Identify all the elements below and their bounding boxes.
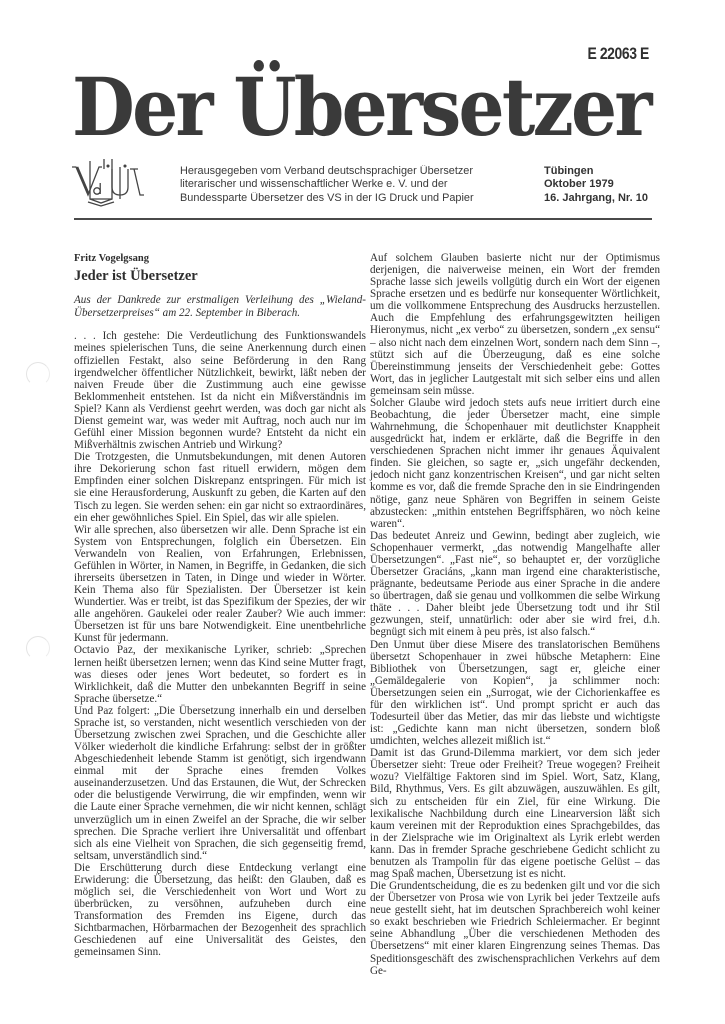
issue-date: Oktober 1979 <box>544 178 674 191</box>
paragraph: Damit ist das Grund-Dilemma markiert, vo… <box>370 747 660 880</box>
paragraph: Die Erschütterung durch diese Entdeckung… <box>74 862 366 959</box>
article-author: Fritz Vogelgsang <box>74 252 366 265</box>
punch-hole-mark <box>26 636 50 660</box>
issue-place: Tübingen <box>544 165 674 178</box>
paragraph: Den Unmut über diese Misere des translat… <box>370 639 660 748</box>
header-divider <box>74 218 652 220</box>
issue-info: Tübingen Oktober 1979 16. Jahrgang, Nr. … <box>544 165 674 205</box>
issue-volume: 16. Jahrgang, Nr. 10 <box>544 192 674 205</box>
paragraph: . . . Ich gestehe: Die Verdeutlichung de… <box>74 330 366 451</box>
article-column-left: Fritz Vogelgsang Jeder ist Übersetzer Au… <box>74 252 366 958</box>
paragraph: Octavio Paz, der mexikanische Lyriker, s… <box>74 644 366 704</box>
paragraph: Und Paz folgert: „Die Übersetzung innerh… <box>74 705 366 862</box>
paragraph: Die Grundentscheidung, die es zu bedenke… <box>370 880 660 977</box>
article-intro: Aus der Dankrede zur erstmaligen Verleih… <box>74 294 366 320</box>
paragraph: Die Trotzgesten, die Unmutsbekundungen, … <box>74 451 366 523</box>
punch-hole-mark <box>26 362 50 386</box>
article-column-right: Auf solchem Glauben basierte nicht nur d… <box>370 252 660 977</box>
paragraph: Das bedeutet Anreiz und Gewinn, bedingt … <box>370 530 660 639</box>
article-title: Jeder ist Übersetzer <box>74 267 366 285</box>
publisher-line: Bundessparte Übersetzer des VS in der IG… <box>180 192 517 205</box>
paragraph: Solcher Glaube wird jedoch stets aufs ne… <box>370 397 660 530</box>
masthead-title: Der Übersetzer <box>72 66 606 148</box>
publisher-line: literarischer und wissenschaftlicher Wer… <box>180 178 517 191</box>
vdu-logo-icon <box>68 155 158 211</box>
publisher-line: Herausgegeben vom Verband deutschsprachi… <box>180 165 517 178</box>
paragraph: Auf solchem Glauben basierte nicht nur d… <box>370 252 660 397</box>
paragraph: Wir alle sprechen, also übersetzen wir a… <box>74 524 366 645</box>
publisher-info: Herausgegeben vom Verband deutschsprachi… <box>180 165 520 205</box>
